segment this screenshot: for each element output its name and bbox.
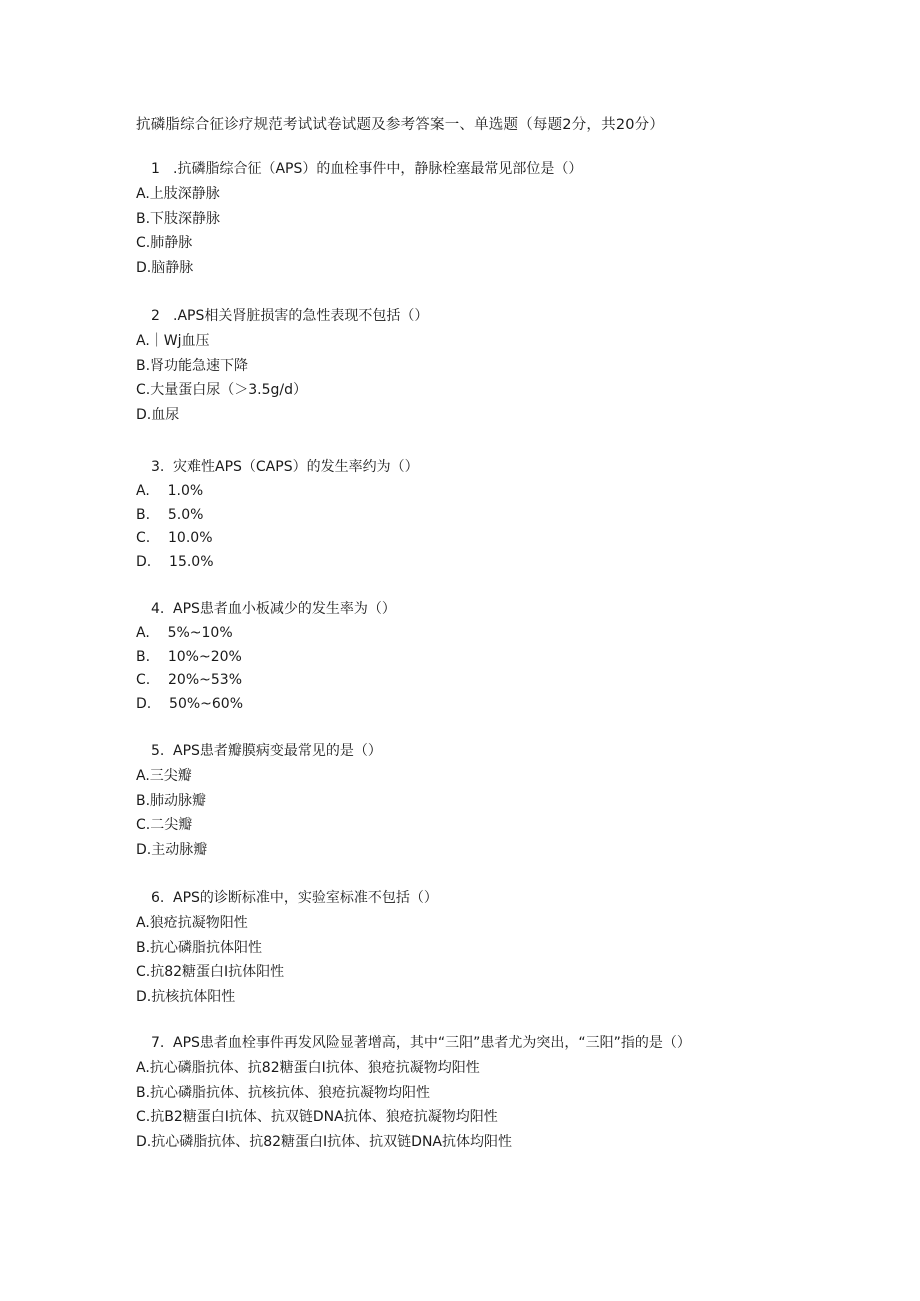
question-number: 7. (151, 1031, 173, 1056)
question-2: 2.APS相关肾脏损害的急性表现不包括（） A.｜Wj血压 B.肾功能急速下降 … (136, 304, 836, 427)
question-text: .抗磷脂综合征（APS）的血栓事件中，静脉栓塞最常见部位是（） (173, 161, 582, 177)
option-c: C. 20%~53% (136, 669, 836, 693)
question-stem: 5.APS患者瓣膜病变最常见的是（） (136, 739, 836, 764)
option-c: C.二尖瓣 (136, 813, 836, 838)
question-text: APS患者血栓事件再发风险显著增高，其中“三阳”患者尤为突出，“三阳”指的是（） (173, 1035, 691, 1051)
question-number: 1 (151, 157, 173, 182)
question-number: 5. (151, 739, 173, 764)
option-b: B.抗心磷脂抗体阳性 (136, 936, 836, 961)
option-c: C.抗82糖蛋白I抗体阳性 (136, 960, 836, 985)
question-number: 6. (151, 886, 173, 911)
option-d: D. 50%~60% (136, 693, 836, 717)
option-c: C.大量蛋白尿（＞3.5g/d） (136, 378, 836, 403)
option-c: C.肺静脉 (136, 231, 836, 256)
option-b: B. 5.0% (136, 504, 836, 528)
question-stem: 2.APS相关肾脏损害的急性表现不包括（） (136, 304, 836, 329)
option-c: C.抗B2糖蛋白I抗体、抗双链DNA抗体、狼疮抗凝物均阳性 (136, 1105, 836, 1130)
question-text: 灾难性APS（CAPS）的发生率约为（） (173, 459, 419, 475)
document-title: 抗磷脂综合征诊疗规范考试试卷试题及参考答案一、单选题（每题2分，共20分） (136, 113, 664, 134)
question-number: 3. (151, 455, 173, 480)
option-b: B.抗心磷脂抗体、抗核抗体、狼疮抗凝物均阳性 (136, 1081, 836, 1106)
option-a: A.抗心磷脂抗体、抗82糖蛋白I抗体、狼疮抗凝物均阳性 (136, 1056, 836, 1081)
option-b: B.下肢深静脉 (136, 207, 836, 232)
option-a: A.三尖瓣 (136, 764, 836, 789)
option-a: A. 5%~10% (136, 622, 836, 646)
option-d: D.脑静脉 (136, 256, 836, 281)
question-6: 6.APS的诊断标准中，实验室标准不包括（） A.狼疮抗凝物阳性 B.抗心磷脂抗… (136, 886, 836, 1009)
option-b: B.肾功能急速下降 (136, 354, 836, 379)
option-d: D.抗心磷脂抗体、抗82糖蛋白I抗体、抗双链DNA抗体均阳性 (136, 1130, 836, 1155)
option-b: B. 10%~20% (136, 646, 836, 670)
question-text: APS患者血小板减少的发生率为（） (173, 601, 396, 617)
option-b: B.肺动脉瓣 (136, 789, 836, 814)
question-5: 5.APS患者瓣膜病变最常见的是（） A.三尖瓣 B.肺动脉瓣 C.二尖瓣 D.… (136, 739, 836, 862)
option-d: D.血尿 (136, 403, 836, 428)
option-a: A.｜Wj血压 (136, 329, 836, 354)
question-stem: 3.灾难性APS（CAPS）的发生率约为（） (136, 455, 836, 480)
question-4: 4.APS患者血小板减少的发生率为（） A. 5%~10% B. 10%~20%… (136, 597, 836, 716)
question-number: 4. (151, 597, 173, 622)
question-text: .APS相关肾脏损害的急性表现不包括（） (173, 308, 428, 324)
question-stem: 6.APS的诊断标准中，实验室标准不包括（） (136, 886, 836, 911)
option-d: D.主动脉瓣 (136, 838, 836, 863)
question-stem: 7.APS患者血栓事件再发风险显著增高，其中“三阳”患者尤为突出，“三阳”指的是… (136, 1031, 836, 1056)
option-a: A. 1.0% (136, 480, 836, 504)
question-7: 7.APS患者血栓事件再发风险显著增高，其中“三阳”患者尤为突出，“三阳”指的是… (136, 1031, 836, 1154)
question-3: 3.灾难性APS（CAPS）的发生率约为（） A. 1.0% B. 5.0% C… (136, 455, 836, 574)
option-d: D. 15.0% (136, 551, 836, 575)
question-stem: 4.APS患者血小板减少的发生率为（） (136, 597, 836, 622)
question-number: 2 (151, 304, 173, 329)
question-text: APS患者瓣膜病变最常见的是（） (173, 743, 382, 759)
question-text: APS的诊断标准中，实验室标准不包括（） (173, 890, 438, 906)
question-1: 1.抗磷脂综合征（APS）的血栓事件中，静脉栓塞最常见部位是（） A.上肢深静脉… (136, 157, 836, 280)
option-a: A.狼疮抗凝物阳性 (136, 911, 836, 936)
option-a: A.上肢深静脉 (136, 182, 836, 207)
option-c: C. 10.0% (136, 527, 836, 551)
question-stem: 1.抗磷脂综合征（APS）的血栓事件中，静脉栓塞最常见部位是（） (136, 157, 836, 182)
option-d: D.抗核抗体阳性 (136, 985, 836, 1010)
